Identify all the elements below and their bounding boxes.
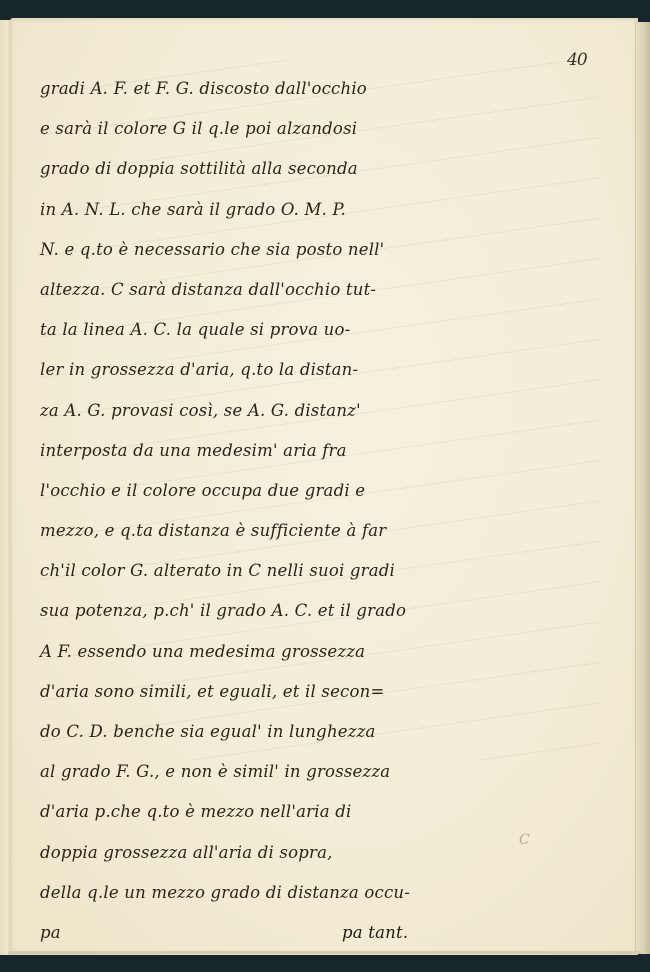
text-line: della q.le un mezzo grado di distanza oc…: [40, 873, 460, 913]
text-line: grado di doppia sottilità alla seconda: [40, 149, 460, 189]
final-word: pa: [40, 923, 61, 942]
page-bottom-edge: [8, 951, 642, 954]
page-fore-edge: [635, 22, 650, 954]
lower-margin-mark: C: [519, 832, 530, 848]
text-line-last: pa pa tant.: [40, 913, 460, 953]
text-line: ch'il color G. alterato in C nelli suoi …: [40, 551, 460, 591]
text-line: za A. G. provasi così, se A. G. distanz': [40, 391, 460, 431]
text-line: ler in grossezza d'aria, q.to la distan-: [40, 350, 460, 390]
text-line: interposta da una medesim' aria fra: [40, 431, 460, 471]
manuscript-scan: 40 gradi A. F. et F. G. discosto dall'oc…: [0, 0, 650, 972]
text-line: l'occhio e il colore occupa due gradi e: [40, 471, 460, 511]
text-line: ta la linea A. C. la quale si prova uo-: [40, 310, 460, 350]
text-line: in A. N. L. che sarà il grado O. M. P.: [40, 190, 460, 230]
text-line: gradi A. F. et F. G. discosto dall'occhi…: [40, 69, 460, 109]
text-line: al grado F. G., e non è simil' in grosse…: [40, 752, 460, 792]
text-line: N. e q.to è necessario che sia posto nel…: [40, 230, 460, 270]
text-line: doppia grossezza all'aria di sopra,: [40, 833, 460, 873]
text-line: d'aria p.che q.to è mezzo nell'aria di: [40, 792, 460, 832]
text-line: mezzo, e q.ta distanza è sufficiente à f…: [40, 511, 460, 551]
text-line: e sarà il colore G il q.le poi alzandosi: [40, 109, 460, 149]
text-line: do C. D. benche sia egual' in lunghezza: [40, 712, 460, 752]
folio-number: 40: [567, 50, 587, 70]
text-line: d'aria sono simili, et eguali, et il sec…: [40, 672, 460, 712]
manuscript-text: gradi A. F. et F. G. discosto dall'occhi…: [40, 69, 460, 953]
catchword: pa tant.: [342, 913, 408, 953]
text-line: A F. essendo una medesima grossezza: [40, 632, 460, 672]
text-line: altezza. C sarà distanza dall'occhio tut…: [40, 270, 460, 310]
text-line: sua potenza, p.ch' il grado A. C. et il …: [40, 591, 460, 631]
